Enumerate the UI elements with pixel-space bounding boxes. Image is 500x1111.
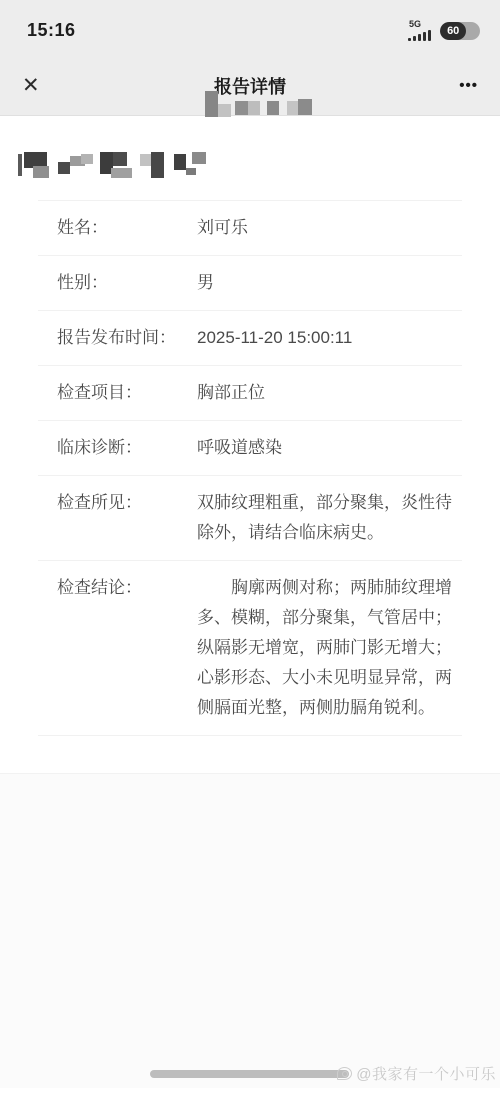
phone-screen: 15:16 5G 60 ✕ 报告详情 ••• 姓名： <box>0 0 500 1111</box>
report-row-gender: 性别： 男 <box>38 255 462 310</box>
weibo-icon <box>337 1067 352 1080</box>
field-label: 姓名： <box>57 213 197 243</box>
field-label: 检查项目： <box>57 378 197 408</box>
signal-bars-icon <box>408 30 431 41</box>
nav-bar: ✕ 报告详情 ••• <box>0 55 500 116</box>
field-label: 报告发布时间： <box>57 323 197 353</box>
field-label: 检查结论： <box>57 573 197 603</box>
field-value: 男 <box>197 268 462 298</box>
field-label: 临床诊断： <box>57 433 197 463</box>
watermark: @我家有一个小可乐 <box>337 1063 496 1084</box>
report-row-exam-item: 检查项目： 胸部正位 <box>38 365 462 420</box>
report-card: 姓名： 刘可乐 性别： 男 报告发布时间： 2025-11-20 15:00:1… <box>0 116 500 774</box>
field-value: 呼吸道感染 <box>197 433 462 463</box>
report-table: 姓名： 刘可乐 性别： 男 报告发布时间： 2025-11-20 15:00:1… <box>38 200 462 736</box>
field-value: 刘可乐 <box>197 213 462 243</box>
status-time: 15:16 <box>27 20 76 41</box>
home-indicator[interactable] <box>150 1070 349 1078</box>
report-row-name: 姓名： 刘可乐 <box>38 200 462 255</box>
status-icons: 5G 60 <box>408 20 480 41</box>
report-row-clinical-diagnosis: 临床诊断： 呼吸道感染 <box>38 420 462 475</box>
field-value: 胸部正位 <box>197 378 462 408</box>
battery-icon: 60 <box>440 22 480 40</box>
report-row-exam-conclusion: 检查结论： 胸廓两侧对称；两肺肺纹理增多、模糊，部分聚集，气管居中；纵隔影无增宽… <box>38 560 462 736</box>
redacted-hospital-name-mosaic <box>18 152 202 178</box>
battery-percent: 60 <box>447 25 459 37</box>
field-value: 胸廓两侧对称；两肺肺纹理增多、模糊，部分聚集，气管居中；纵隔影无增宽，两肺门影无… <box>197 573 462 723</box>
field-label: 检查所见： <box>57 488 197 518</box>
signal-icon: 5G <box>408 20 431 41</box>
battery-fill: 60 <box>440 22 466 40</box>
field-label: 性别： <box>57 268 197 298</box>
footer-area: @我家有一个小可乐 <box>0 774 500 1088</box>
network-type-label: 5G <box>409 20 421 29</box>
field-value: 双肺纹理粗重，部分聚集，炎性待除外，请结合临床病史。 <box>197 488 462 548</box>
status-bar: 15:16 5G 60 <box>0 0 500 55</box>
redacted-subtitle-mosaic <box>205 91 315 117</box>
watermark-text: @我家有一个小可乐 <box>356 1063 496 1084</box>
field-value: 2025-11-20 15:00:11 <box>197 323 462 353</box>
report-row-exam-findings: 检查所见： 双肺纹理粗重，部分聚集，炎性待除外，请结合临床病史。 <box>38 475 462 560</box>
report-row-publish-time: 报告发布时间： 2025-11-20 15:00:11 <box>38 310 462 365</box>
